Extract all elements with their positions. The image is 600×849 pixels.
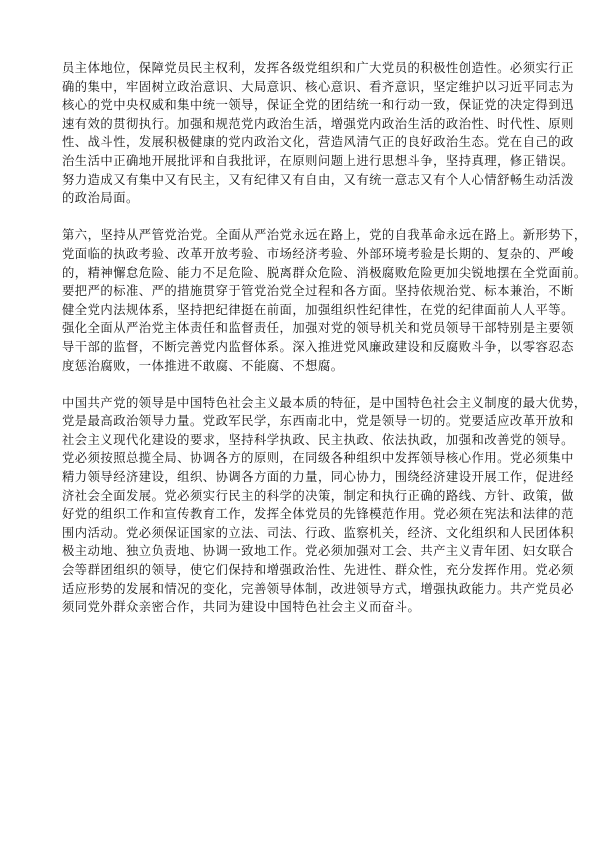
paragraph-strict-governance: 第六，坚持从严管党治党。全面从严治党永远在路上，党的自我革命永远在路上。新形势下…: [62, 226, 542, 375]
text-line: 精力领导经济建设，组织、协调各方面的力量，同心协力，围绕经济建设开展工作，促进经: [62, 468, 542, 487]
text-line: 中国共产党的领导是中国特色社会主义最本质的特征，是中国特色社会主义制度的最大优势…: [62, 394, 542, 413]
text-line: 须同党外群众亲密合作，共同为建设中国特色社会主义而奋斗。: [62, 598, 542, 617]
text-line: 会等群团组织的领导，使它们保持和增强政治性、先进性、群众性，充分发挥作用。党必须: [62, 561, 542, 580]
text-line: 适应形势的发展和情况的变化，完善领导体制，改进领导方式，增强执政能力。共产党员必: [62, 580, 542, 599]
text-line: 度惩治腐败，一体推进不敢腐、不能腐、不想腐。: [62, 357, 542, 376]
text-line: 健全党内法规体系，坚持把纪律挺在前面，加强组织性纪律性，在党的纪律面前人人平等。: [62, 301, 542, 320]
text-line: 围内活动。党必须保证国家的立法、司法、行政、监察机关，经济、文化组织和人民团体积: [62, 524, 542, 543]
text-line: 党是最高政治领导力量。党政军民学，东西南北中，党是领导一切的。党要适应改革开放和: [62, 412, 542, 431]
text-line: 党面临的执政考验、改革开放考验、市场经济考验、外部环境考验是长期的、复杂的、严峻: [62, 245, 542, 264]
text-line: 导干部的监督，不断完善党内监督体系。深入推进党风廉政建设和反腐败斗争，以零容忍态: [62, 338, 542, 357]
text-line: 强化全面从严治党主体责任和监督责任，加强对党的领导机关和党员领导干部特别是主要领: [62, 319, 542, 338]
text-line: 努力造成又有集中又有民主，又有纪律又有自由，又有统一意志又有个人心情舒畅生动活泼: [62, 171, 542, 190]
text-line: 确的集中，牢固树立政治意识、大局意识、核心意识、看齐意识，坚定维护以习近平同志为: [62, 78, 542, 97]
text-line: 第六，坚持从严管党治党。全面从严治党永远在路上，党的自我革命永远在路上。新形势下…: [62, 226, 542, 245]
text-line: 的政治局面。: [62, 189, 542, 208]
paragraph-party-leadership: 中国共产党的领导是中国特色社会主义最本质的特征，是中国特色社会主义制度的最大优势…: [62, 394, 542, 617]
text-line: 核心的党中央权威和集中统一领导，保证全党的团结统一和行动一致，保证党的决定得到迅: [62, 96, 542, 115]
text-line: 党必须按照总揽全局、协调各方的原则，在同级各种组织中发挥领导核心作用。党必须集中: [62, 449, 542, 468]
text-line: 的，精神懈怠危险、能力不足危险、脱离群众危险、消极腐败危险更加尖锐地摆在全党面前…: [62, 264, 542, 283]
text-line: 治生活中正确地开展批评和自我批评，在原则问题上进行思想斗争，坚持真理，修正错误。: [62, 152, 542, 171]
document-page: 员主体地位，保障党员民主权利，发挥各级党组织和广大党员的积极性创造性。必须实行正…: [62, 59, 542, 617]
text-line: 要把严的标准、严的措施贯穿于管党治党全过程和各方面。坚持依规治党、标本兼治，不断: [62, 282, 542, 301]
text-line: 速有效的贯彻执行。加强和规范党内政治生活，增强党内政治生活的政治性、时代性、原则: [62, 115, 542, 134]
paragraph-party-life: 员主体地位，保障党员民主权利，发挥各级党组织和广大党员的积极性创造性。必须实行正…: [62, 59, 542, 208]
text-line: 极主动地、独立负责地、协调一致地工作。党必须加强对工会、共产主义青年团、妇女联合: [62, 542, 542, 561]
text-line: 社会主义现代化建设的要求，坚持科学执政、民主执政、依法执政，加强和改善党的领导。: [62, 431, 542, 450]
text-line: 性、战斗性，发展积极健康的党内政治文化，营造风清气正的良好政治生态。党在自己的政: [62, 133, 542, 152]
text-line: 员主体地位，保障党员民主权利，发挥各级党组织和广大党员的积极性创造性。必须实行正: [62, 59, 542, 78]
text-line: 济社会全面发展。党必须实行民主的科学的决策，制定和执行正确的路线、方针、政策，做: [62, 487, 542, 506]
text-line: 好党的组织工作和宣传教育工作，发挥全体党员的先锋模范作用。党必须在宪法和法律的范: [62, 505, 542, 524]
